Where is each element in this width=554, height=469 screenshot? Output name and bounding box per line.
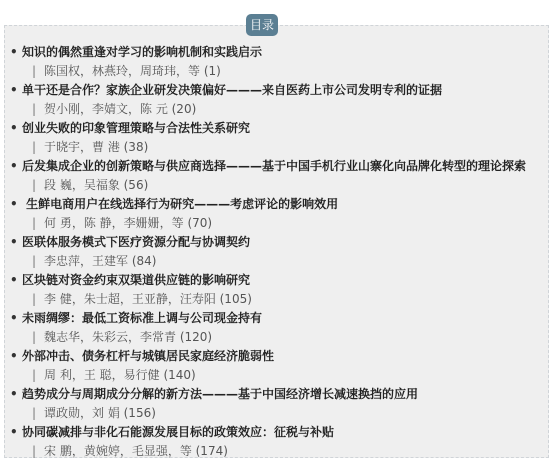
article-title-link[interactable]: • 生鲜电商用户在线选择行为研究———考虑评论的影响效用 [10, 195, 544, 214]
separator-bar: | [32, 138, 44, 157]
bullet-icon: • [10, 157, 22, 176]
toc-list: •知识的偶然重逢对学习的影响机制和实践启示 |陈国权，林燕玲，周琦玮，等 (1)… [10, 43, 544, 461]
article-title: 外部冲击、债务杠杆与城镇居民家庭经济脆弱性 [22, 349, 274, 363]
authors-text: 陈国权，林燕玲，周琦玮，等 (1) [44, 64, 221, 78]
article-title: 区块链对资金约束双渠道供应链的影响研究 [22, 273, 250, 287]
authors-text: 谭政勋，刘 娟 (156) [44, 406, 156, 420]
article-title: 创业失败的印象管理策略与合法性关系研究 [22, 121, 250, 135]
authors-text: 于晓宇，曹 港 (38) [44, 140, 148, 154]
article-authors: |贺小刚，李婧文，陈 元 (20) [10, 100, 544, 119]
article-authors: |于晓宇，曹 港 (38) [10, 138, 544, 157]
article-title: 单干还是合作？家族企业研发决策偏好———来自医药上市公司发明专利的证据 [22, 83, 442, 97]
toc-item: •单干还是合作？家族企业研发决策偏好———来自医药上市公司发明专利的证据 |贺小… [10, 81, 544, 119]
article-title-link[interactable]: •未雨绸缪：最低工资标准上调与公司现金持有 [10, 309, 544, 328]
authors-text: 李忠萍，王建军 (84) [44, 254, 156, 268]
toc-item: •未雨绸缪：最低工资标准上调与公司现金持有 |魏志华，朱彩云，李常青 (120) [10, 309, 544, 347]
article-title: 未雨绸缪：最低工资标准上调与公司现金持有 [22, 311, 262, 325]
article-title-link[interactable]: •协同碳减排与非化石能源发展目标的政策效应：征税与补贴 [10, 423, 544, 442]
article-authors: |何 勇，陈 静，李姗姗，等 (70) [10, 214, 544, 233]
authors-text: 魏志华，朱彩云，李常青 (120) [44, 330, 212, 344]
article-title: 生鲜电商用户在线选择行为研究———考虑评论的影响效用 [22, 197, 338, 211]
article-title-link[interactable]: •单干还是合作？家族企业研发决策偏好———来自医药上市公司发明专利的证据 [10, 81, 544, 100]
authors-text: 何 勇，陈 静，李姗姗，等 (70) [44, 216, 212, 230]
article-authors: |李忠萍，王建军 (84) [10, 252, 544, 271]
article-title: 知识的偶然重逢对学习的影响机制和实践启示 [22, 45, 262, 59]
article-title-link[interactable]: •创业失败的印象管理策略与合法性关系研究 [10, 119, 544, 138]
article-authors: |魏志华，朱彩云，李常青 (120) [10, 328, 544, 347]
article-title-link[interactable]: •外部冲击、债务杠杆与城镇居民家庭经济脆弱性 [10, 347, 544, 366]
toc-item: •趋势成分与周期成分分解的新方法———基于中国经济增长减速换挡的应用 |谭政勋，… [10, 385, 544, 423]
authors-text: 段 巍，吴福象 (56) [44, 178, 148, 192]
toc-item: •创业失败的印象管理策略与合法性关系研究 |于晓宇，曹 港 (38) [10, 119, 544, 157]
article-title-link[interactable]: •区块链对资金约束双渠道供应链的影响研究 [10, 271, 544, 290]
bullet-icon: • [10, 81, 22, 100]
article-title-link[interactable]: •医联体服务模式下医疗资源分配与协调契约 [10, 233, 544, 252]
toc-item: •医联体服务模式下医疗资源分配与协调契约 |李忠萍，王建军 (84) [10, 233, 544, 271]
toc-item: •外部冲击、债务杠杆与城镇居民家庭经济脆弱性 |周 利，王 聪，易行健 (140… [10, 347, 544, 385]
article-title-link[interactable]: •趋势成分与周期成分分解的新方法———基于中国经济增长减速换挡的应用 [10, 385, 544, 404]
toc-item: • 生鲜电商用户在线选择行为研究———考虑评论的影响效用 |何 勇，陈 静，李姗… [10, 195, 544, 233]
article-title: 医联体服务模式下医疗资源分配与协调契约 [22, 235, 250, 249]
bullet-icon: • [10, 309, 22, 328]
separator-bar: | [32, 328, 44, 347]
toc-item: •区块链对资金约束双渠道供应链的影响研究 |李 健，朱士超，王亚静，汪寿阳 (1… [10, 271, 544, 309]
separator-bar: | [32, 442, 44, 461]
article-authors: |李 健，朱士超，王亚静，汪寿阳 (105) [10, 290, 544, 309]
toc-title-badge: 目录 [246, 14, 278, 36]
article-authors: |谭政勋，刘 娟 (156) [10, 404, 544, 423]
article-authors: |周 利，王 聪，易行健 (140) [10, 366, 544, 385]
article-title: 协同碳减排与非化石能源发展目标的政策效应：征税与补贴 [22, 425, 334, 439]
bullet-icon: • [10, 119, 22, 138]
bullet-icon: • [10, 347, 22, 366]
separator-bar: | [32, 290, 44, 309]
separator-bar: | [32, 62, 44, 81]
separator-bar: | [32, 252, 44, 271]
toc-item: •协同碳减排与非化石能源发展目标的政策效应：征税与补贴 |宋 鹏，黄婉婷，毛显强… [10, 423, 544, 461]
bullet-icon: • [10, 385, 22, 404]
separator-bar: | [32, 404, 44, 423]
authors-text: 贺小刚，李婧文，陈 元 (20) [44, 102, 196, 116]
separator-bar: | [32, 366, 44, 385]
separator-bar: | [32, 100, 44, 119]
bullet-icon: • [10, 195, 22, 214]
article-title: 后发集成企业的创新策略与供应商选择———基于中国手机行业山寨化向品牌化转型的理论… [22, 159, 526, 173]
bullet-icon: • [10, 233, 22, 252]
bullet-icon: • [10, 423, 22, 442]
article-authors: |段 巍，吴福象 (56) [10, 176, 544, 195]
authors-text: 宋 鹏，黄婉婷，毛显强，等 (174) [44, 444, 228, 458]
article-title-link[interactable]: •后发集成企业的创新策略与供应商选择———基于中国手机行业山寨化向品牌化转型的理… [10, 157, 544, 176]
separator-bar: | [32, 214, 44, 233]
article-title: 趋势成分与周期成分分解的新方法———基于中国经济增长减速换挡的应用 [22, 387, 418, 401]
separator-bar: | [32, 176, 44, 195]
bullet-icon: • [10, 43, 22, 62]
article-title-link[interactable]: •知识的偶然重逢对学习的影响机制和实践启示 [10, 43, 544, 62]
authors-text: 周 利，王 聪，易行健 (140) [44, 368, 196, 382]
toc-item: •知识的偶然重逢对学习的影响机制和实践启示 |陈国权，林燕玲，周琦玮，等 (1) [10, 43, 544, 81]
toc-item: •后发集成企业的创新策略与供应商选择———基于中国手机行业山寨化向品牌化转型的理… [10, 157, 544, 195]
article-authors: |宋 鹏，黄婉婷，毛显强，等 (174) [10, 442, 544, 461]
article-authors: |陈国权，林燕玲，周琦玮，等 (1) [10, 62, 544, 81]
authors-text: 李 健，朱士超，王亚静，汪寿阳 (105) [44, 292, 252, 306]
bullet-icon: • [10, 271, 22, 290]
